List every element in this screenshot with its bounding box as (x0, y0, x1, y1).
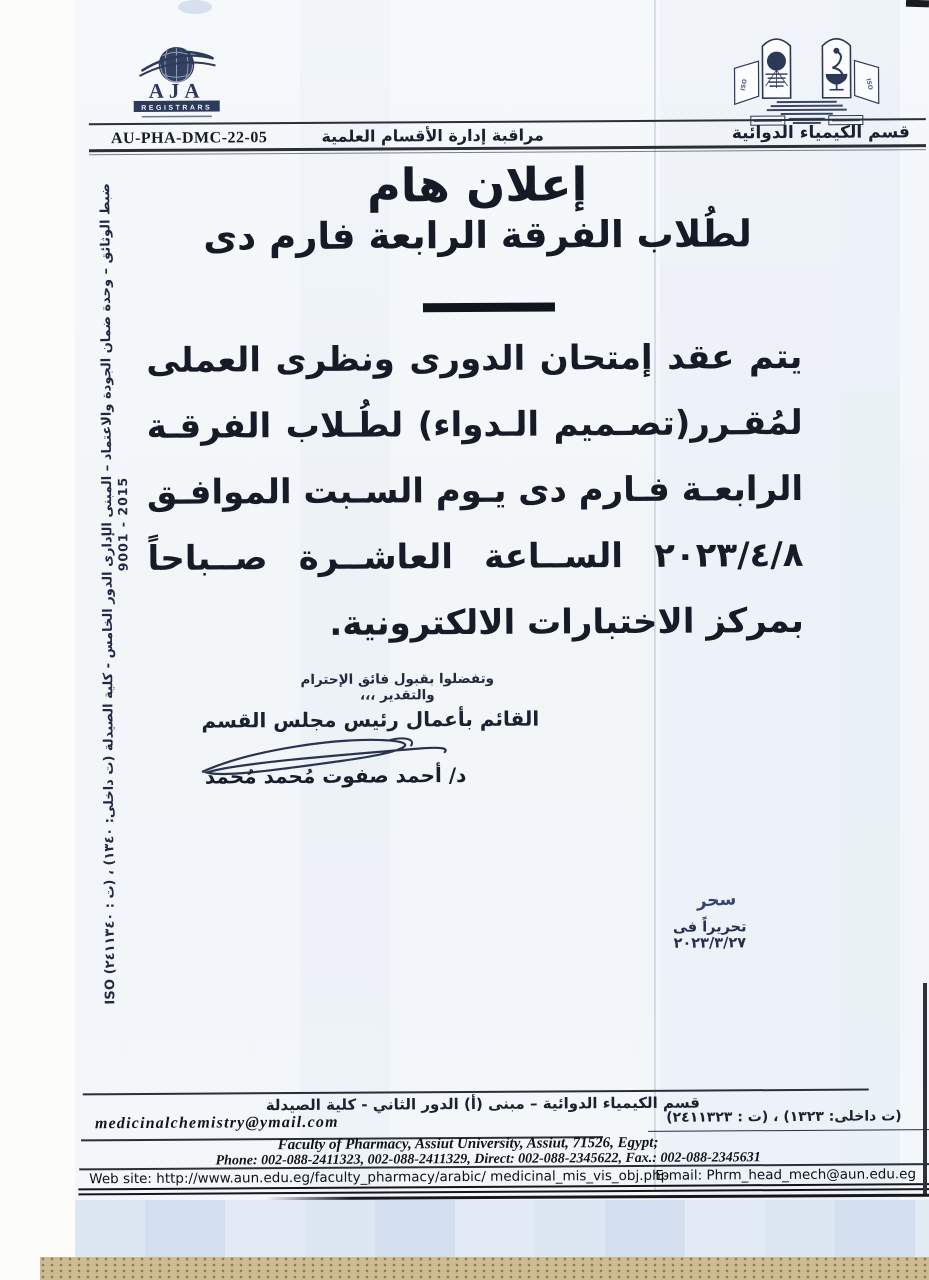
body-line: ٢٠٢٣/٤/٨ الســاعة العاشــرة صــباحاً (147, 522, 803, 592)
title-divider (423, 302, 555, 312)
document-content: AJA REGISTRARS ISO ISO (0, 0, 929, 1280)
issue-date-line: تحريراً فى ٢٠٢٣/٣/٢٧ (635, 919, 785, 952)
aja-logo-text: AJA (149, 79, 205, 103)
body-line: بمركز الاختبارات الالكترونية. (148, 588, 804, 658)
footer-phone-underline (648, 1129, 929, 1132)
header-center-title: مراقبة إدارة الأقسام العلمية (349, 126, 544, 146)
aja-registrars-text: REGISTRARS (141, 105, 212, 112)
scan-edge-line (923, 983, 927, 1195)
body-line: لمُقـرر(تصـميم الـدواء) لطُـلاب الفرقـة (146, 390, 802, 460)
aja-registrars-logo-icon: AJA REGISTRARS (129, 37, 224, 122)
footer-email-english: E-mail: Phrm_head_mech@aun.edu.eg (655, 1166, 916, 1184)
footer-email-left: medicinalchemistry@ymail.com (95, 1114, 339, 1133)
scanned-document: AJA REGISTRARS ISO ISO (0, 0, 929, 1280)
scan-bottom-blue-band (75, 1200, 929, 1257)
handwritten-note: سحر (696, 889, 737, 911)
body-line: الرابعـة فـارم دى يـوم السـبت الموافـق (147, 456, 803, 526)
document-code: AU-PHA-DMC-22-05 (111, 129, 268, 148)
scan-smudge (178, 0, 212, 14)
announcement-body: يتم عقد إمتحان الدورى ونظرى العملى لمُقـ… (146, 324, 804, 658)
body-line: يتم عقد إمتحان الدورى ونظرى العملى (146, 324, 802, 394)
scan-bottom-tan-band (40, 1257, 929, 1280)
signatory-role: القائم بأعمال رئيس مجلس القسم (201, 707, 539, 733)
faculty-emblem-icon: ISO ISO (732, 27, 881, 132)
scan-corner-mark (906, 0, 929, 7)
footer-phone-arabic: (ت داخلى: ١٣٢٣) ، (ت : ٢٤١١٣٢٣) (653, 1108, 915, 1126)
header-dept-title: قسم الكيمياء الدوائية (762, 122, 910, 143)
signatory-name: د/ أحمد صفوت مُحمد مُحمد (205, 763, 467, 789)
announcement-title: إعلان هام (77, 155, 877, 214)
quality-unit-sidebar: ضبط الوثائق – وحدة ضمان الجودة والاعتماد… (98, 183, 132, 865)
announcement-subtitle: لطُلاب الفرقة الرابعة فارم دى (77, 211, 877, 259)
closing-courtesy-line: وتفضلوا بقبول فائق الإحترام والتقدير ،،، (276, 671, 518, 704)
